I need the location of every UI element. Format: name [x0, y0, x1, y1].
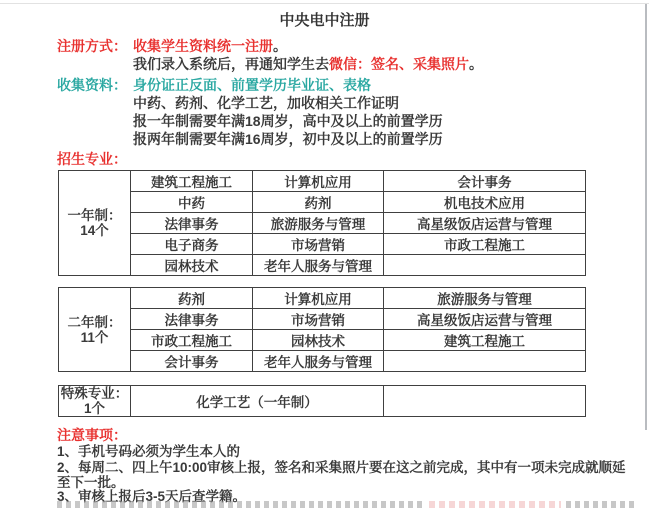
table-row: 会计事务 老年人服务与管理 — [59, 351, 586, 372]
special-label-line1: 特殊专业： — [59, 386, 130, 401]
register-method-line1: 收集学生资料统一注册。 — [133, 38, 287, 55]
major-cell: 药剂 — [131, 288, 253, 309]
special-label-cell: 特殊专业： 1个 — [59, 386, 131, 417]
truncated-bottom-line — [57, 501, 642, 509]
table-row: 电子商务 市场营销 市政工程施工 — [59, 234, 586, 255]
table-row: 法律事务 市场营销 高星级饭店运营与管理 — [59, 309, 586, 330]
major-cell: 化学工艺（一年制） — [131, 386, 384, 417]
truncated-text-fragment — [566, 501, 638, 508]
special-label-line2: 1个 — [59, 401, 130, 416]
note-item-2: 2、每周二、四上午10:00审核上报，签名和采集照片要在这之前完成，其中有一项未… — [57, 460, 639, 490]
major-cell: 建筑工程施工 — [131, 171, 253, 192]
major-cell: 高星级饭店运营与管理 — [384, 213, 586, 234]
one-year-label-line2: 14个 — [59, 223, 130, 238]
major-cell: 旅游服务与管理 — [253, 213, 384, 234]
table-row: 特殊专业： 1个 化学工艺（一年制） — [59, 386, 586, 417]
table-row: 中药 药剂 机电技术应用 — [59, 192, 586, 213]
table-row: 市政工程施工 园林技术 建筑工程施工 — [59, 330, 586, 351]
register-line2-highlight: 微信：签名、采集照片 — [329, 56, 469, 72]
majors-label: 招生专业： — [57, 151, 127, 168]
table-row: 二年制： 11个 药剂 计算机应用 旅游服务与管理 — [59, 288, 586, 309]
major-cell-empty — [384, 351, 586, 372]
major-cell: 会计事务 — [131, 351, 253, 372]
register-line2-period: 。 — [469, 56, 483, 72]
materials-line1: 身份证正反面、前置学历毕业证、表格 — [133, 77, 371, 94]
one-year-majors-table: 一年制： 14个 建筑工程施工 计算机应用 会计事务 中药 药剂 机电技术应用 … — [58, 170, 586, 276]
major-cell: 园林技术 — [253, 330, 384, 351]
page-top-border — [0, 3, 649, 4]
register-method-line2: 我们录入系统后，再通知学生去微信：签名、采集照片。 — [133, 56, 483, 73]
register-line1-highlight: 收集学生资料统一注册 — [133, 38, 273, 54]
one-year-label-line1: 一年制： — [59, 208, 130, 223]
register-line2-text: 我们录入系统后，再通知学生去 — [133, 56, 329, 72]
major-cell: 市政工程施工 — [131, 330, 253, 351]
document-page: 中央电中注册 注册方式： 收集学生资料统一注册。 我们录入系统后，再通知学生去微… — [0, 0, 649, 509]
major-cell: 计算机应用 — [253, 288, 384, 309]
major-cell-empty — [384, 255, 586, 276]
table-row: 园林技术 老年人服务与管理 — [59, 255, 586, 276]
major-cell: 园林技术 — [131, 255, 253, 276]
table-row: 法律事务 旅游服务与管理 高星级饭店运营与管理 — [59, 213, 586, 234]
major-cell: 市政工程施工 — [384, 234, 586, 255]
materials-line2: 中药、药剂、化学工艺，加收相关工作证明 — [133, 95, 399, 112]
major-cell: 电子商务 — [131, 234, 253, 255]
materials-label: 收集资料： — [57, 77, 127, 94]
two-year-label-line1: 二年制： — [59, 315, 130, 330]
page-title: 中央电中注册 — [0, 12, 649, 30]
major-cell: 老年人服务与管理 — [253, 255, 384, 276]
two-year-majors-table: 二年制： 11个 药剂 计算机应用 旅游服务与管理 法律事务 市场营销 高星级饭… — [58, 287, 586, 372]
major-cell: 计算机应用 — [253, 171, 384, 192]
register-line1-period: 。 — [273, 38, 287, 54]
note-item-1: 1、手机号码必须为学生本人的 — [57, 444, 240, 459]
major-cell: 建筑工程施工 — [384, 330, 586, 351]
major-cell-empty — [384, 386, 586, 417]
truncated-red-text-fragment — [429, 501, 561, 508]
page-right-border — [645, 4, 647, 430]
table-row: 一年制： 14个 建筑工程施工 计算机应用 会计事务 — [59, 171, 586, 192]
major-cell: 法律事务 — [131, 213, 253, 234]
notes-label: 注意事项： — [57, 427, 127, 444]
special-majors-table: 特殊专业： 1个 化学工艺（一年制） — [58, 385, 586, 417]
major-cell: 高星级饭店运营与管理 — [384, 309, 586, 330]
major-cell: 旅游服务与管理 — [384, 288, 586, 309]
major-cell: 机电技术应用 — [384, 192, 586, 213]
major-cell: 老年人服务与管理 — [253, 351, 384, 372]
major-cell: 药剂 — [253, 192, 384, 213]
major-cell: 会计事务 — [384, 171, 586, 192]
materials-line3: 报一年制需要年满18周岁，高中及以上的前置学历 — [133, 113, 443, 130]
materials-line4: 报两年制需要年满16周岁，初中及以上的前置学历 — [133, 131, 443, 148]
two-year-label-line2: 11个 — [59, 330, 130, 345]
major-cell: 市场营销 — [253, 309, 384, 330]
major-cell: 市场营销 — [253, 234, 384, 255]
major-cell: 法律事务 — [131, 309, 253, 330]
major-cell: 中药 — [131, 192, 253, 213]
two-year-label-cell: 二年制： 11个 — [59, 288, 131, 372]
truncated-text-fragment — [57, 501, 425, 508]
one-year-label-cell: 一年制： 14个 — [59, 171, 131, 276]
register-method-label: 注册方式： — [57, 38, 127, 55]
